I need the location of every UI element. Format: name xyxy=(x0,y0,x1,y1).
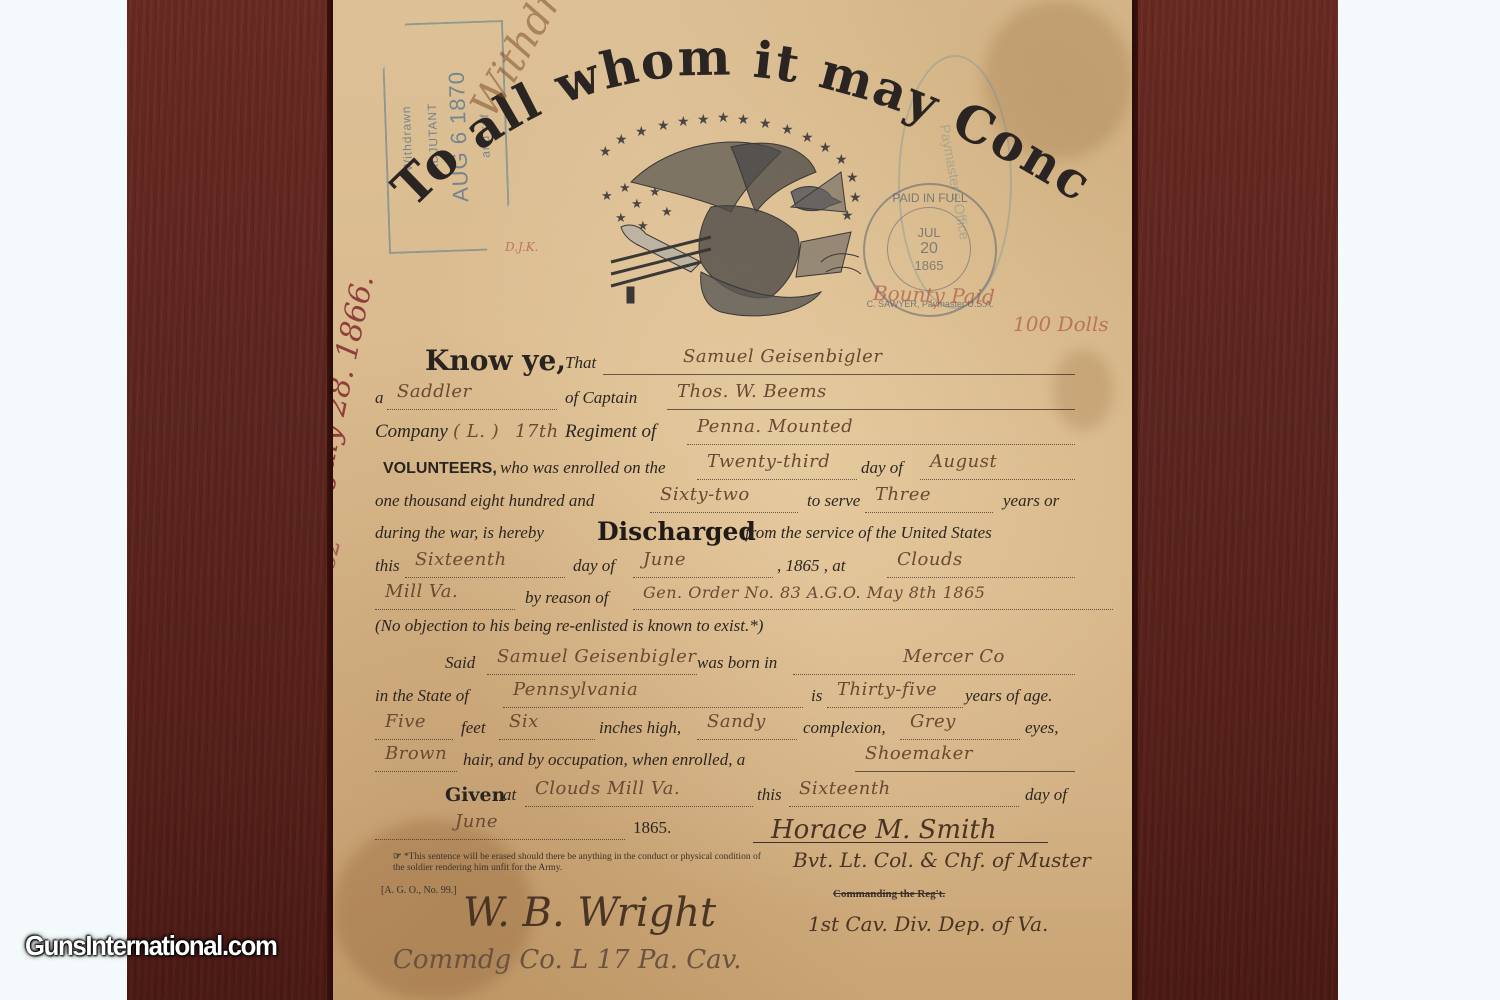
line-description: Five feet Six inches high, Sandy complex… xyxy=(375,710,1075,744)
enroll-day: Twenty-third xyxy=(707,451,830,472)
pointing-hand-icon: ☞ xyxy=(393,852,402,863)
line-rank: a Saddler of Captain Thos. W. Beems xyxy=(375,380,1075,414)
line-given-at: Given at Clouds Mill Va. this Sixteenth … xyxy=(375,777,1075,811)
given-place: Clouds Mill Va. xyxy=(535,778,680,799)
svg-text:★: ★ xyxy=(619,180,631,195)
eagle-icon: ★★★ ★★★ ★★★ ★★★ ★★★ ★★★ ★★★ ★★ xyxy=(591,112,873,342)
bounty-paid-note: Bounty Paid xyxy=(873,281,996,309)
svg-text:★: ★ xyxy=(835,153,848,168)
height-feet: Five xyxy=(385,711,426,732)
line-enroll-year: one thousand eight hundred and Sixty-two… xyxy=(375,483,1075,517)
line-state-age: in the State of Pennsylvania is Thirty-f… xyxy=(375,678,1075,712)
svg-text:★: ★ xyxy=(737,113,750,128)
division-note: 1st Cav. Div. Dep. of Va. xyxy=(808,912,1048,936)
svg-text:★: ★ xyxy=(635,125,648,140)
birth-state: Pennsylvania xyxy=(513,679,638,700)
commanding-label: Commanding the Reg't. xyxy=(833,888,945,900)
form-number: [A. G. O., No. 99.] xyxy=(381,885,457,896)
rank: Saddler xyxy=(397,381,472,402)
svg-text:★: ★ xyxy=(819,141,832,156)
enroll-year: Sixty-two xyxy=(660,484,750,505)
enroll-month: August xyxy=(930,451,997,472)
commander-signature: Horace M. Smith xyxy=(771,815,997,845)
line-discharge-date: this Sixteenth day of June , 1865 , at C… xyxy=(375,548,1075,582)
frame-right-rail xyxy=(1132,0,1338,1000)
said-name: Samuel Geisenbigler xyxy=(497,646,696,667)
initials-note: D.J.K. xyxy=(505,240,538,254)
svg-text:★: ★ xyxy=(677,115,690,130)
line-discharged: during the war, is hereby Discharged fro… xyxy=(375,515,1075,549)
svg-text:★: ★ xyxy=(657,119,670,134)
company-letter: ( L. ) xyxy=(453,421,499,442)
regiment-state: Penna. Mounted xyxy=(697,416,853,437)
discharge-place: Clouds xyxy=(897,549,963,570)
age: Thirty-five xyxy=(837,679,937,700)
given-month: June xyxy=(455,811,498,832)
svg-text:★: ★ xyxy=(697,113,710,128)
height-inches: Six xyxy=(509,711,539,732)
given-day: Sixteenth xyxy=(799,778,891,799)
line-occupation: Brown hair, and by occupation, when enro… xyxy=(375,742,1075,776)
line-birthplace: Said Samuel Geisenbigler was born in Mer… xyxy=(375,645,1075,679)
svg-text:★: ★ xyxy=(781,123,794,138)
svg-text:★: ★ xyxy=(599,145,612,160)
svg-text:★: ★ xyxy=(631,196,643,211)
svg-text:★: ★ xyxy=(615,133,628,148)
mustering-officer-signature: W. B. Wright xyxy=(463,890,716,936)
svg-text:★: ★ xyxy=(759,117,772,132)
signature-line xyxy=(753,842,1048,843)
bounty-amount-note: 100 Dolls xyxy=(1013,312,1109,336)
line-know-ye: Know ye, That Samuel Geisenbigler xyxy=(375,345,1075,379)
commander-title: Bvt. Lt. Col. & Chf. of Muster xyxy=(793,848,1091,872)
svg-text:★: ★ xyxy=(801,131,814,146)
line-company: Company ( L. ) 17th Regiment of Penna. M… xyxy=(375,415,1075,449)
line-objection: (No objection to his being re-enlisted i… xyxy=(375,608,1075,642)
frame-left-rail xyxy=(127,0,333,1000)
svg-text:★: ★ xyxy=(717,112,730,126)
complexion: Sandy xyxy=(707,711,766,732)
eagle-engraving: ★★★ ★★★ ★★★ ★★★ ★★★ ★★★ ★★★ ★★ xyxy=(591,112,873,342)
svg-text:★: ★ xyxy=(615,210,627,225)
erasure-footnote: ☞ *This sentence will be erased should t… xyxy=(393,852,763,874)
birth-county: Mercer Co xyxy=(903,646,1005,667)
line-volunteers: VOLUNTEERS, who was enrolled on the Twen… xyxy=(375,450,1075,484)
hair-color: Brown xyxy=(385,743,447,764)
svg-text:★: ★ xyxy=(849,191,862,206)
serve-years: Three xyxy=(875,484,931,505)
svg-text:★: ★ xyxy=(601,188,613,203)
regiment-number: 17th xyxy=(515,421,559,442)
discharge-day: Sixteenth xyxy=(415,549,507,570)
watermark-logo: GunsInternational.com xyxy=(25,930,277,962)
svg-text:★: ★ xyxy=(846,171,859,186)
svg-text:★: ★ xyxy=(661,204,673,219)
eye-color: Grey xyxy=(910,711,956,732)
occupation: Shoemaker xyxy=(865,743,973,764)
discharge-certificate: Paymaster's Office Withdrawn ADJUTANT AU… xyxy=(333,0,1132,1000)
discharge-place-2: Mill Va. xyxy=(385,581,458,602)
captain-name: Thos. W. Beems xyxy=(677,381,827,402)
discharge-reason: Gen. Order No. 83 A.G.O. May 8th 1865 xyxy=(643,583,985,602)
mustering-officer-title: Commdg Co. L 17 Pa. Cav. xyxy=(393,945,742,975)
voucher-number-margin-note: No. 3036. 82 xyxy=(333,536,346,695)
soldier-name: Samuel Geisenbigler xyxy=(683,346,882,367)
discharge-month: June xyxy=(643,549,686,570)
